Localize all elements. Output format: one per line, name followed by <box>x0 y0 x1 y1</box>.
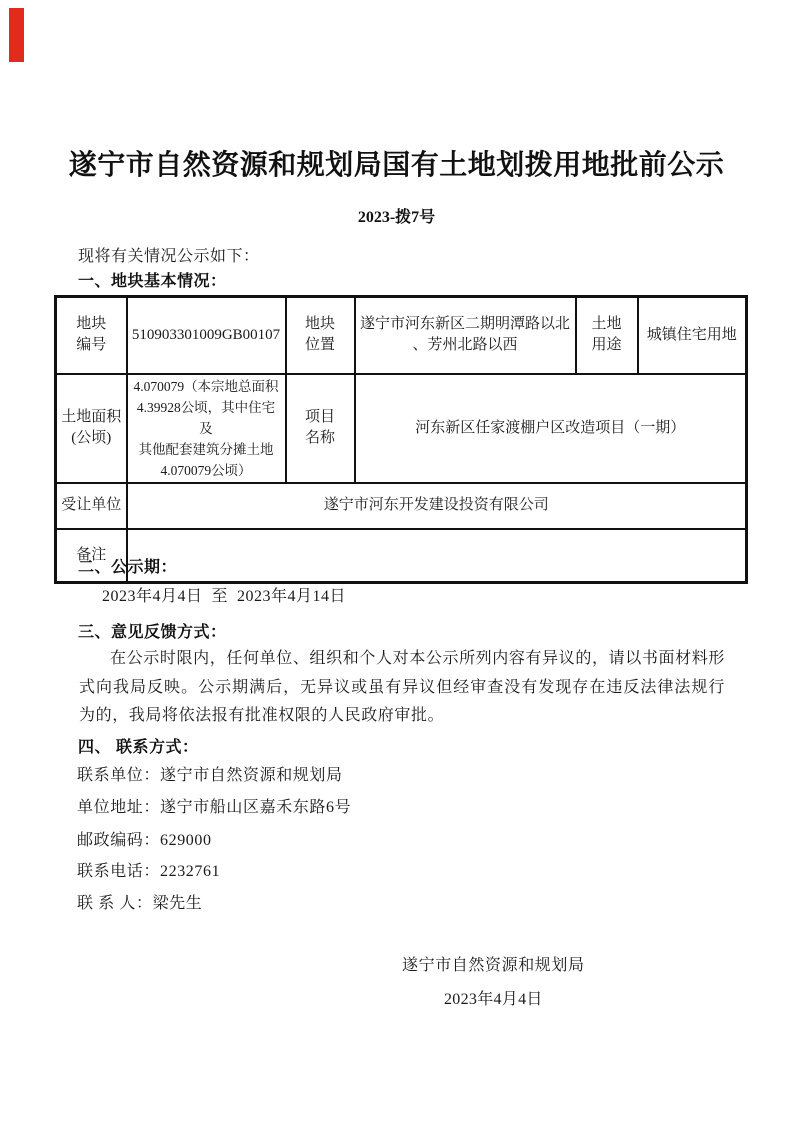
section-1-heading: 一、地块基本情况： <box>78 268 227 291</box>
land-info-table: 地块 编号 510903301009GB00107 地块 位置 遂宁市河东新区二… <box>54 295 748 584</box>
transferee-label: 受让单位 <box>56 483 127 529</box>
transferee-value: 遂宁市河东开发建设投资有限公司 <box>127 483 747 529</box>
section-2-heading: 二、公示期： <box>78 554 177 577</box>
table-row: 受让单位 遂宁市河东开发建设投资有限公司 <box>56 483 747 529</box>
feedback-paragraph: 在公示时限内，任何单位、组织和个人对本公示所列内容有异议的，请以书面材料形式向我… <box>79 645 725 731</box>
red-corner-mark <box>9 8 24 62</box>
land-area-value: 4.070079（本宗地总面积 4.39928公顷，其中住宅及 其他配套建筑分摊… <box>127 374 286 483</box>
project-name-label: 项目 名称 <box>286 374 355 483</box>
table-row: 地块 编号 510903301009GB00107 地块 位置 遂宁市河东新区二… <box>56 297 747 374</box>
intro-text: 现将有关情况公示如下： <box>78 243 260 266</box>
footer-date: 2023年4月4日 <box>444 986 543 1009</box>
section-3-heading: 三、意见反馈方式： <box>78 619 227 642</box>
section-4-heading: 四、 联系方式： <box>78 734 198 757</box>
contact-unit-line: 联系单位：遂宁市自然资源和规划局 <box>77 762 343 785</box>
parcel-location-label: 地块 位置 <box>286 297 355 374</box>
parcel-location-value: 遂宁市河东新区二期明潭路以北 、芳州北路以西 <box>355 297 576 374</box>
project-name-value: 河东新区任家渡棚户区改造项目（一期） <box>355 374 747 483</box>
land-area-label: 土地面积 (公顷) <box>56 374 127 483</box>
contact-person-line: 联 系 人：梁先生 <box>77 890 202 913</box>
contact-postcode-line: 邮政编码：629000 <box>77 827 212 850</box>
document-page: 遂宁市自然资源和规划局国有土地划拨用地批前公示 2023-拨7号 现将有关情况公… <box>0 0 793 1122</box>
page-title: 遂宁市自然资源和规划局国有土地划拨用地批前公示 <box>0 144 793 188</box>
parcel-number-value: 510903301009GB00107 <box>127 297 286 374</box>
land-use-label: 土地 用途 <box>576 297 638 374</box>
remarks-value <box>127 529 747 583</box>
table-row: 土地面积 (公顷) 4.070079（本宗地总面积 4.39928公顷，其中住宅… <box>56 374 747 483</box>
parcel-number-label: 地块 编号 <box>56 297 127 374</box>
land-use-value: 城镇住宅用地 <box>638 297 747 374</box>
contact-address-line: 单位地址：遂宁市船山区嘉禾东路6号 <box>77 794 351 817</box>
publicity-period: 2023年4月4日 至 2023年4月14日 <box>102 583 346 606</box>
document-number: 2023-拨7号 <box>0 204 793 227</box>
footer-organization: 遂宁市自然资源和规划局 <box>402 952 585 975</box>
contact-phone-line: 联系电话：2232761 <box>77 858 220 881</box>
